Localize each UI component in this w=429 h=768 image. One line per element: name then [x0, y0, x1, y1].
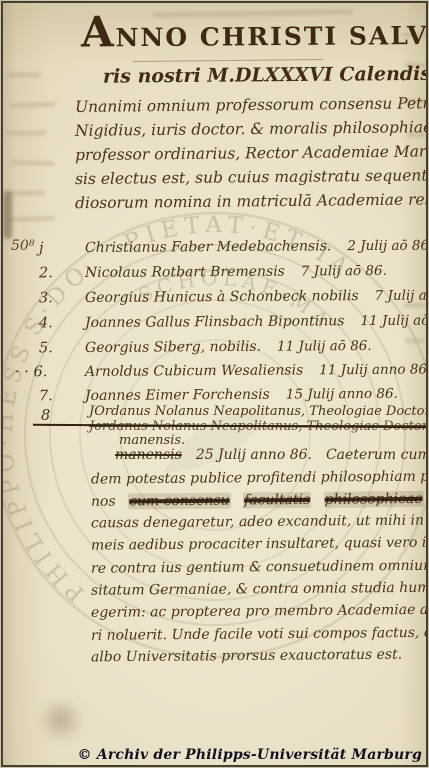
intro-line: sis electus est, sub cuius magistratu se… [75, 166, 428, 188]
note-line: causas denegaretur, adeo excanduit, ut m… [91, 513, 424, 532]
note-line: albo Universitatis prorsus exauctoratus … [91, 647, 402, 666]
deleted-words: facultatis [243, 492, 311, 509]
deleted-words: cum consensu [128, 493, 231, 510]
intro-line: Nigidius, iuris doctor. & moralis philos… [75, 118, 428, 140]
entry-number: 7. [39, 388, 85, 404]
folio-mark: 50⁸ [11, 238, 34, 254]
entry-date: 15 Julij anno 86. [286, 386, 398, 403]
intro-line: professor ordinarius, Rector Academiae M… [75, 142, 428, 164]
entry-name: Joannes Eimer Forchensis [85, 387, 270, 404]
entry-number: · · 6. [15, 364, 85, 380]
title-underline [133, 59, 323, 62]
matriculation-row: · · 6. Arnoldus Cubicum Wesaliensis 11 J… [15, 362, 420, 381]
note-line: re contra ius gentium & consuetudinem om… [91, 557, 428, 577]
entry-date: 11 Julij aō 86 [360, 312, 428, 329]
entry-name: Georgius Siberg, nobilis. [85, 339, 261, 356]
entry-name: Arnoldus Cubicum Wesaliensis [85, 362, 303, 380]
screenshot: PHILIPPO·HESS S·DO PIETAT·ET·IA SCHOLAE·… [0, 0, 429, 768]
note-line: egerim: ac propterea pro membro Academia… [91, 601, 428, 621]
entry-name: Georgius Hunicus à Schonbeck nobilis [85, 288, 359, 306]
entry-name: Christianus Faber Medebachensis. [85, 238, 331, 256]
entry-date: 2 Julij aō 86. [347, 238, 428, 255]
title-line-1: ANNO CHRISTI SALVATO, [81, 20, 428, 53]
intro-line: Unanimi omnium professorum consensu Petr… [75, 94, 428, 116]
manuscript-photo: PHILIPPO·HESS S·DO PIETAT·ET·IA SCHOLAE·… [1, 1, 428, 767]
bleed-through-mark [9, 216, 55, 222]
bruno-entry-date: 25 Julij anno 86. [196, 447, 312, 463]
bleed-through-mark [7, 73, 41, 77]
entry-number: 8 [41, 408, 50, 424]
bleed-through-mark [6, 131, 46, 135]
bleed-through-mark [7, 191, 45, 195]
note-start: Caeterum cum ei- [326, 447, 428, 463]
bruno-entry-carry: manensis. [119, 433, 185, 448]
matriculation-row: 7. Joannes Eimer Forchensis 15 Julij ann… [39, 386, 420, 405]
entry-date: 7 Julij aō 86 [375, 287, 428, 304]
matriculation-row: 2. Nicolaus Rotbart Bremensis 7 Julij aō… [39, 263, 420, 282]
entry-number: 5. [39, 340, 85, 356]
entry-date: 7 Julij aō 86. [301, 263, 387, 280]
title-line-2: ris nostri M.DLXXXVI Calendis Julij, [103, 62, 428, 87]
bleed-through-mark [9, 102, 55, 108]
bleed-through-mark [153, 9, 353, 17]
note-line: sitatum Germaniae, & contra omnia studia… [91, 579, 428, 598]
note-line: dem potestas publice profitendi philosop… [91, 468, 428, 487]
archive-credit: © Archiv der Philipps-Universität Marbur… [77, 747, 422, 763]
entry-number: j [39, 240, 85, 256]
matriculation-row: j Christianus Faber Medebachensis. 2 Jul… [39, 238, 420, 257]
entry-name: Nicolaus Rotbart Bremensis [85, 264, 285, 281]
entry-date: 11 Julij anno 86. [319, 362, 428, 379]
entry-date: 11 Julij aō 86. [277, 338, 372, 355]
note-line: ri noluerit. Unde facile voti sui compos… [91, 624, 428, 644]
paper-smudge [37, 698, 85, 742]
matriculation-row: 3. Georgius Hunicus à Schonbeck nobilis … [39, 288, 420, 307]
ink-smudge [3, 191, 12, 239]
note-line: meis aedibus procaciter insultaret, quas… [91, 534, 428, 553]
entry-number: 4. [39, 315, 85, 331]
bruno-date-line: manensis 25 Julij anno 86. Caeterum cum … [115, 447, 428, 463]
entry-name: Joannes Gallus Flinsbach Bipontinus [85, 313, 345, 331]
matriculation-row: 5. Georgius Siberg, nobilis. 11 Julij aō… [39, 338, 420, 357]
matriculation-row: 4. Joannes Gallus Flinsbach Bipontinus 1… [39, 313, 420, 332]
bleed-through-mark [11, 160, 55, 166]
deleted-words: philosophicae [324, 491, 424, 508]
bruno-carry-struck: manensis [115, 447, 182, 463]
entry-number: 2. [39, 265, 85, 281]
note-line-with-deletions: nos cum consensu facultatis philosophica… [91, 490, 428, 510]
note-text: nos [91, 494, 116, 510]
bruno-entry-rewritten: JOrdanus Nolanus Neapolitanus, Theologia… [89, 404, 428, 419]
entry-number: 3. [39, 290, 85, 306]
intro-line: diosorum nomina in matriculā Academiae r… [75, 190, 428, 212]
